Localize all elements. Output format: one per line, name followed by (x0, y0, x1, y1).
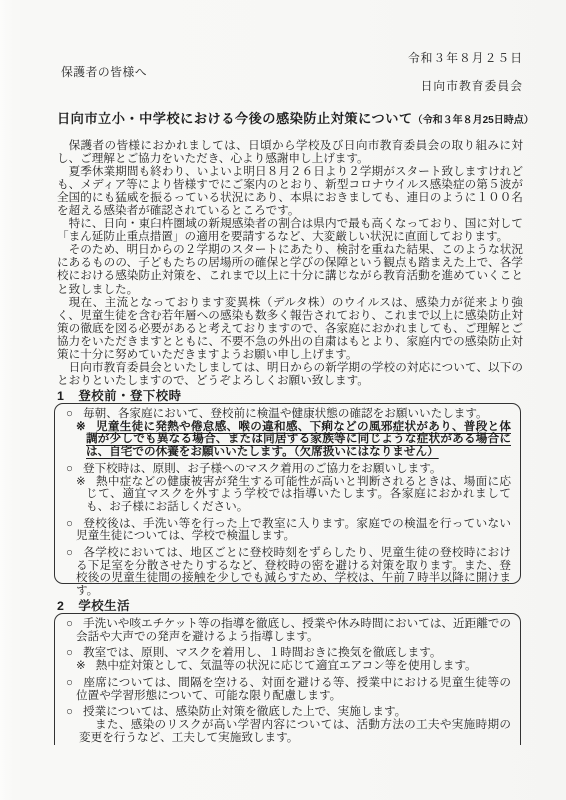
note-text: 熱中症などの健康被害が発生する可能性が高いと判断されるときは、場面に応じて、適宜… (86, 475, 511, 513)
list-item-continuation: また、感染のリスクが高い学習内容については、活動方法の工夫や実施時期の変更を行う… (76, 719, 511, 744)
page-title-main: 日向市立小・中学校における今後の感染防止対策について (57, 111, 413, 126)
list-item: ○座席については、間隔を空ける、対面を避ける等、授業中における児童生徒等の位置や… (66, 677, 511, 702)
page-title: 日向市立小・中学校における今後の感染防止対策について（令和３年８月25日時点） (57, 108, 537, 128)
list-item: ○授業については、感染防止対策を徹底した上で、実施します。 また、感染のリスクが… (66, 706, 511, 744)
paragraph: 現在、主流となっております変異株（デルタ株）のウイルスは、感染力が従来より強く、… (57, 296, 523, 361)
note-item: ※熱中症などの健康被害が発生する可能性が高いと判断されるときは、場面に応じて、適… (76, 476, 511, 514)
list-item-text: 登下校時は、原則、お子様へのマスク着用のご協力をお願いします。 (83, 462, 441, 475)
note-item: ※熱中症対策として、気温等の状況に応じて適宜エアコン等を使用します。 (76, 660, 511, 673)
page-title-date-note: （令和３年８月25日時点） (413, 115, 534, 126)
list-item-text: 各学校においては、地区ごとに登校時刻をずらしたり、児童生徒の登校時における下足室… (76, 546, 511, 597)
list-item-text: 手洗いや咳エチケット等の指導を徹底し、授業や休み時間においては、近距離での会話や… (76, 617, 511, 643)
scanned-document-page: 令和３年８月２５日 保護者の皆様へ 日向市教育委員会 日向市立小・中学校における… (0, 0, 566, 800)
section-1-heading: 1登校前・登下校時 (57, 386, 182, 404)
circle-bullet: ○ (66, 676, 73, 689)
circle-bullet: ○ (66, 705, 73, 718)
list-item-text: 毎朝、各家庭において、登校前に検温や健康状態の確認をお願いいたします。 (83, 407, 488, 420)
reference-mark: ※ (76, 475, 86, 488)
note-item-emphasized: ※児童生徒に発熱や倦怠感、喉の違和感、下痢などの風邪症状があり、普段と体調が少し… (76, 421, 511, 459)
paragraph: 保護者の皆様におかれましては、日頃から学校及び日向市教育委員会の取り組みに対し、… (57, 139, 523, 165)
paragraph: そのため、明日からの２学期のスタートにあたり、検討を重ねた結果、このような状況に… (57, 243, 523, 295)
section-2-number: 2 (57, 599, 64, 613)
reference-mark: ※ (76, 659, 86, 672)
intro-paragraphs: 保護者の皆様におかれましては、日頃から学校及び日向市教育委員会の取り組みに対し、… (57, 139, 523, 387)
circle-bullet: ○ (66, 646, 73, 659)
list-item-text: 教室では、原則、マスクを着用し、１時間おきに換気を徹底します。 (83, 646, 441, 659)
section-2-heading: 2学校生活 (57, 596, 130, 614)
paragraph: 日向市教育委員会といたしましては、明日からの新学期の学校の対応について、以下のと… (57, 361, 523, 387)
note-text: 児童生徒に発熱や倦怠感、喉の違和感、下痢などの風邪症状があり、普段と体調が少しで… (86, 420, 511, 458)
list-item-text: 登校後は、手洗い等を行った上で教室に入ります。家庭での検温を行っていない児童生徒… (76, 517, 511, 543)
reference-mark: ※ (76, 420, 86, 433)
circle-bullet: ○ (66, 462, 73, 475)
list-item-text: 座席については、間隔を空ける、対面を避ける等、授業中における児童生徒等の位置や学… (76, 676, 511, 702)
recipient-line: 保護者の皆様へ (61, 63, 147, 80)
paragraph: 夏季休業期間も終わり、いよいよ明日８月２６日より２学期がスタート致しますけれども… (57, 165, 523, 217)
section-2-box: ○手洗いや咳エチケット等の指導を徹底し、授業や休み時間においては、近距離での会話… (54, 613, 521, 745)
circle-bullet: ○ (66, 546, 73, 559)
note-text: 熱中症対策として、気温等の状況に応じて適宜エアコン等を使用します。 (96, 659, 477, 672)
list-item: ○各学校においては、地区ごとに登校時刻をずらしたり、児童生徒の登校時における下足… (66, 547, 511, 598)
circle-bullet: ○ (66, 517, 73, 530)
list-item: ○手洗いや咳エチケット等の指導を徹底し、授業や休み時間においては、近距離での会話… (66, 618, 511, 643)
section-1-box: ○毎朝、各家庭において、登校前に検温や健康状態の確認をお願いいたします。 ※児童… (54, 403, 521, 584)
section-2-label: 学校生活 (78, 599, 130, 613)
circle-bullet: ○ (66, 617, 73, 630)
section-1-label: 登校前・登下校時 (78, 389, 181, 403)
section-1-number: 1 (57, 389, 64, 403)
circle-bullet: ○ (66, 407, 73, 420)
list-item-text: 授業については、感染防止対策を徹底した上で、実施します。 (83, 705, 406, 718)
document-date: 令和３年８月２５日 (408, 49, 523, 66)
list-item: ○登校後は、手洗い等を行った上で教室に入ります。家庭での検温を行っていない児童生… (66, 518, 511, 543)
paragraph: 特に、日向・東臼杵圏域の新規感染者の割合は県内で最も高くなっており、国に対して「… (57, 217, 523, 243)
sender-line: 日向市教育委員会 (421, 77, 523, 94)
